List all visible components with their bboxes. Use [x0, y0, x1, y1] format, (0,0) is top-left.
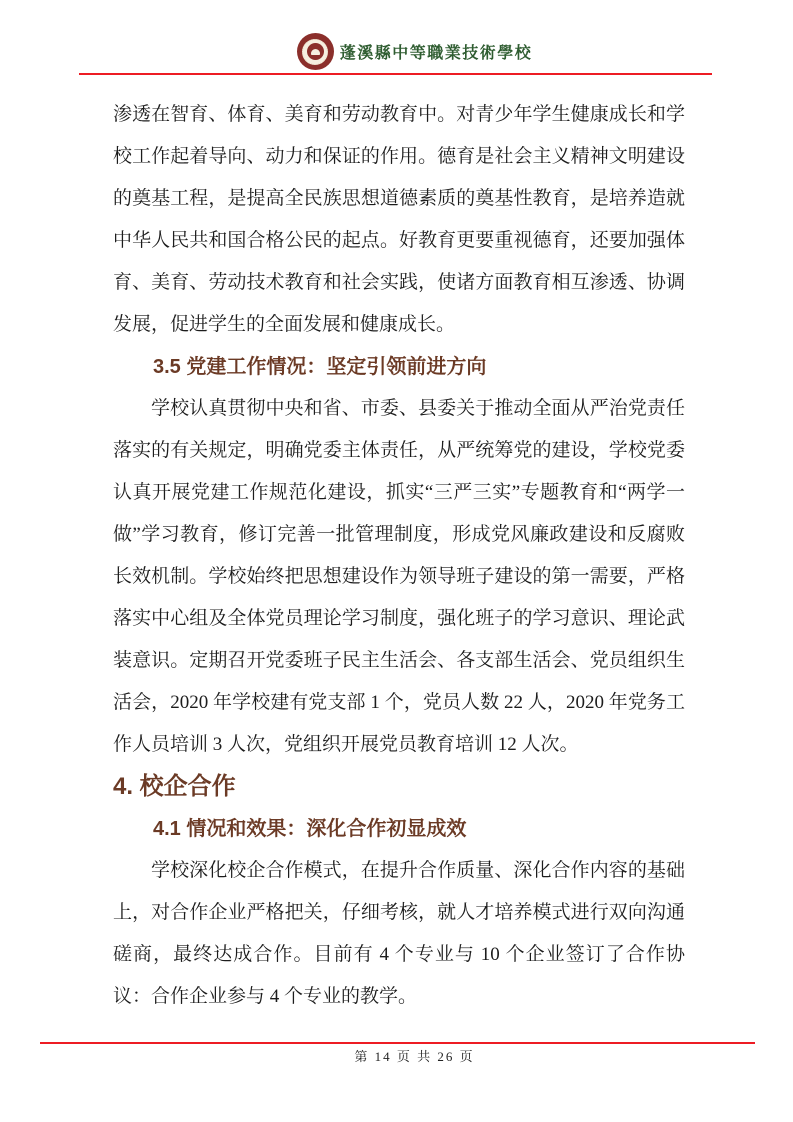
paragraph-school-enterprise-cooperation: 学校深化校企合作模式，在提升合作质量、深化合作内容的基础上，对合作企业严格把关，…: [113, 850, 685, 1018]
document-body: 渗透在智育、体育、美育和劳动教育中。对青少年学生健康成长和学校工作起着导向、动力…: [113, 94, 685, 1018]
school-seal-icon: [297, 33, 334, 70]
seal-inner-ring: [302, 39, 328, 65]
section-heading-4: 4. 校企合作: [113, 766, 685, 808]
page-header: 蓬溪縣中等職業技術學校: [18, 33, 793, 70]
document-page: { "header": { "school_name": "蓬溪縣中等職業技術學…: [0, 0, 793, 1122]
paragraph-moral-education: 渗透在智育、体育、美育和劳动教育中。对青少年学生健康成长和学校工作起着导向、动力…: [113, 94, 685, 346]
section-heading-4-1: 4.1 情况和效果：深化合作初显成效: [113, 808, 685, 850]
footer-divider-line: [40, 1042, 755, 1044]
seal-center: [307, 43, 324, 60]
seal-emblem-icon: [311, 49, 320, 55]
paragraph-party-building: 学校认真贯彻中央和省、市委、县委关于推动全面从严治党责任落实的有关规定，明确党委…: [113, 388, 685, 766]
page-number: 第 14 页 共 26 页: [18, 1046, 793, 1065]
section-heading-3-5: 3.5 党建工作情况：坚定引领前进方向: [113, 346, 685, 388]
school-name: 蓬溪縣中等職業技術學校: [340, 40, 533, 63]
header-divider-line: [79, 73, 712, 75]
